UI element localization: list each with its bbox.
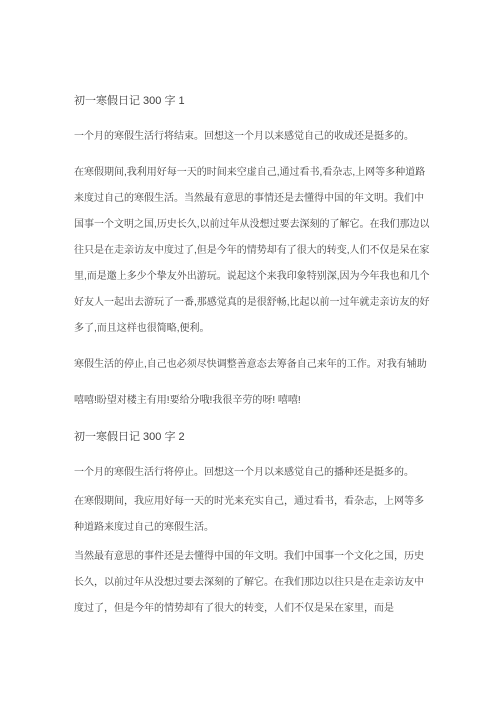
doc-paragraph: 在寒假期间,我利用好每一天的时间来空虚自己,通过看书,看杂志,上网等多种道路来度… xyxy=(74,160,430,342)
doc-paragraph: 寒假生活的停止,自己也必须尽快调整善意态去筹备自己来年的工作。对我有辅助 xyxy=(74,352,430,378)
doc-paragraph: 当然最有意思的事件还是去懂得中国的年文明。我们中国事一个文化之国，历史长久，以前… xyxy=(74,544,430,622)
doc-paragraph: 一个月的寒假生活行将结束。回想这一个月以来感觉自己的收成还是挺多的。 xyxy=(74,124,430,150)
doc-paragraph: 在寒假期间，我应用好每一天的时光来充实自己，通过看书，看杂志，上网等多种道路来度… xyxy=(74,489,430,541)
doc-paragraph: 一个月的寒假生活行将停止。回想这一个月以来感觉自己的播种还是挺多的。 xyxy=(74,460,430,486)
doc-title: 初一寒假日记 300 字 2 xyxy=(74,424,430,450)
document-page: 初一寒假日记 300 字 1一个月的寒假生活行将结束。回想这一个月以来感觉自己的… xyxy=(0,0,500,707)
doc-paragraph: 嘻嘻!盼望对楼主有用!要给分哦!我很辛劳的呀! 嘻嘻! xyxy=(74,388,430,414)
doc-title: 初一寒假日记 300 字 1 xyxy=(74,88,430,114)
